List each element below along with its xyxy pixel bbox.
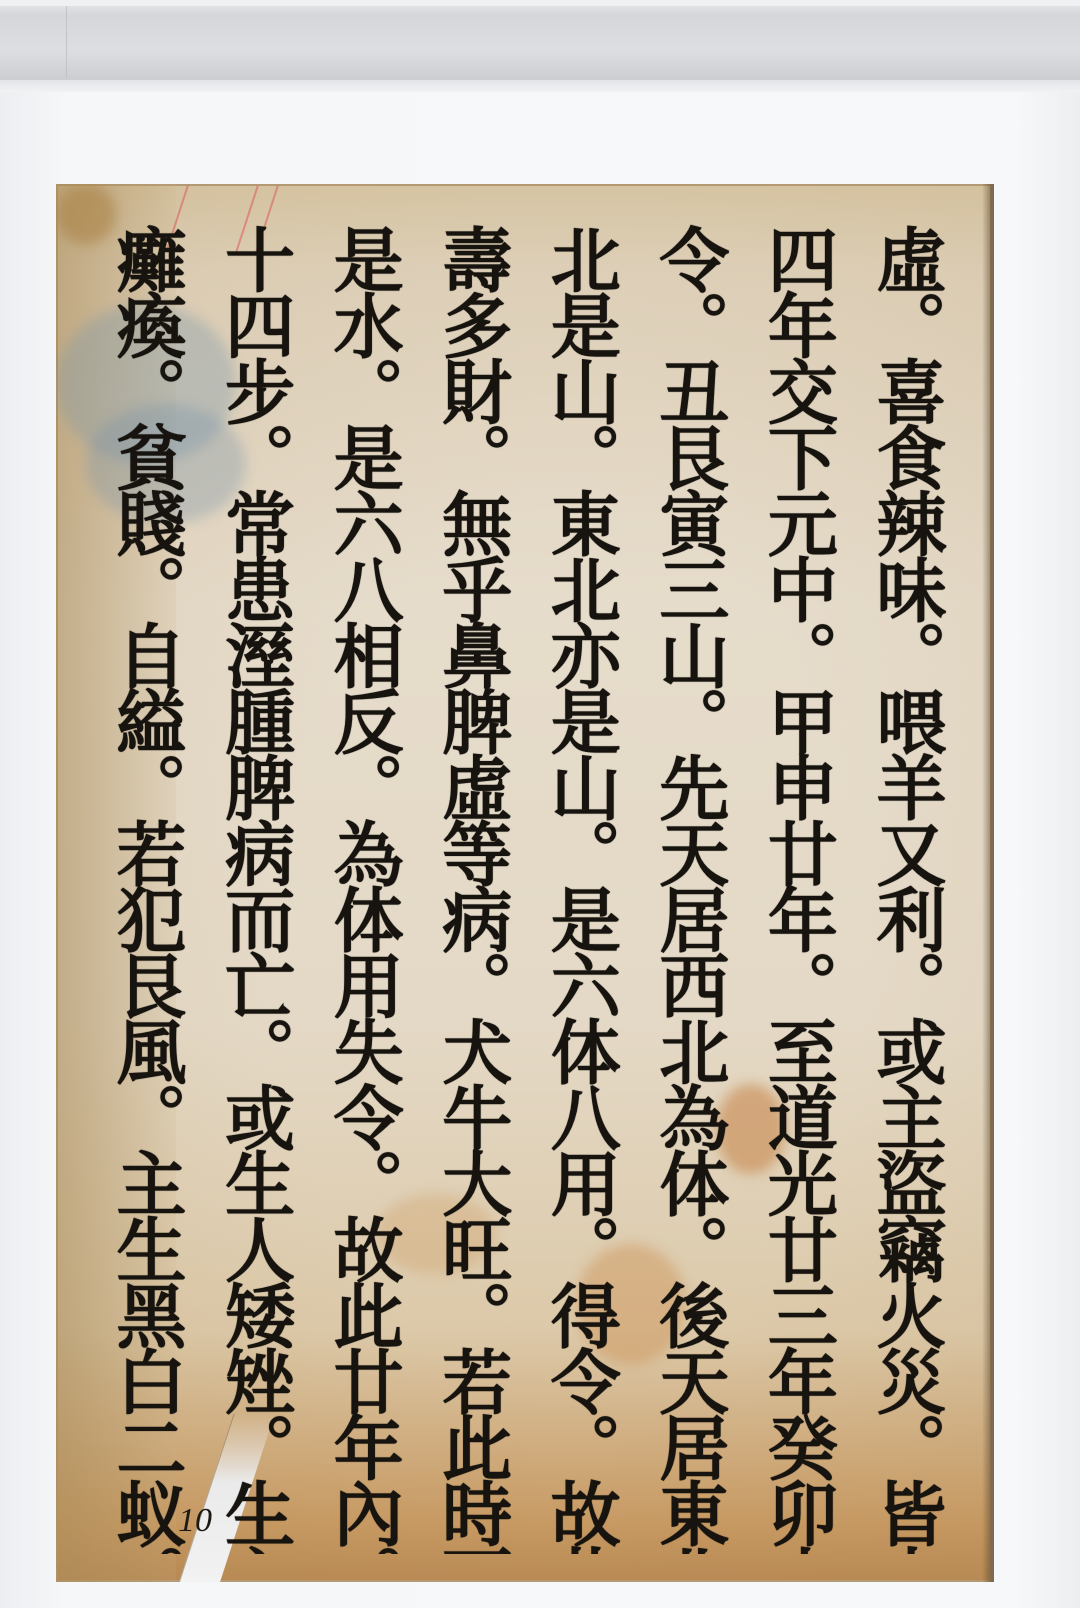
text-columns: 虛。喜食辣味。喂羊又利。或主盜竊火災。皆由正西而起。○道光 四年交下元中。甲申廿… [96,224,956,1554]
page-number: 10 [178,1502,212,1540]
scanner-lip [0,80,1080,92]
text-column-3: 令。丑艮寅三山。先天居西北為体。後天居東北為用。當斯時。西 [639,224,739,1554]
scanner-seam [66,6,67,78]
text-column-5: 壽多財。無乎鼻脾虛等病。犬牛大旺。若此時西北是水。東北亦 [422,224,522,1554]
text-column-7: 十四步。常患溼腫脾病而亡。或生人矮矬。生六指。鼉鼻。瘖疾。 [205,224,305,1554]
text-column-2: 四年交下元中。甲申廿年。至道光廿三年癸卯止。八白艮當 [747,224,847,1554]
text-column-1: 虛。喜食辣味。喂羊又利。或主盜竊火災。皆由正西而起。○道光 [856,224,956,1554]
text-column-8: 癱瘓。貧賤。自縊。若犯艮風。主生黑白二蚁。僕欺主。九陰宅 [96,224,196,1554]
text-column-6: 是水。是六八相反。為体用失令。故此廿年內。主少男壽。又遇八六 [313,224,413,1554]
scanner-edge-highlight [0,0,1080,6]
manuscript-page: 虛。喜食辣味。喂羊又利。或主盜竊火災。皆由正西而起。○道光 四年交下元中。甲申廿… [56,184,992,1582]
text-column-4: 北是山。東北亦是山。是六体八用。得令。故此廿年內。主少男吉利。且 [530,224,630,1554]
scanner-top-edge [0,0,1080,86]
